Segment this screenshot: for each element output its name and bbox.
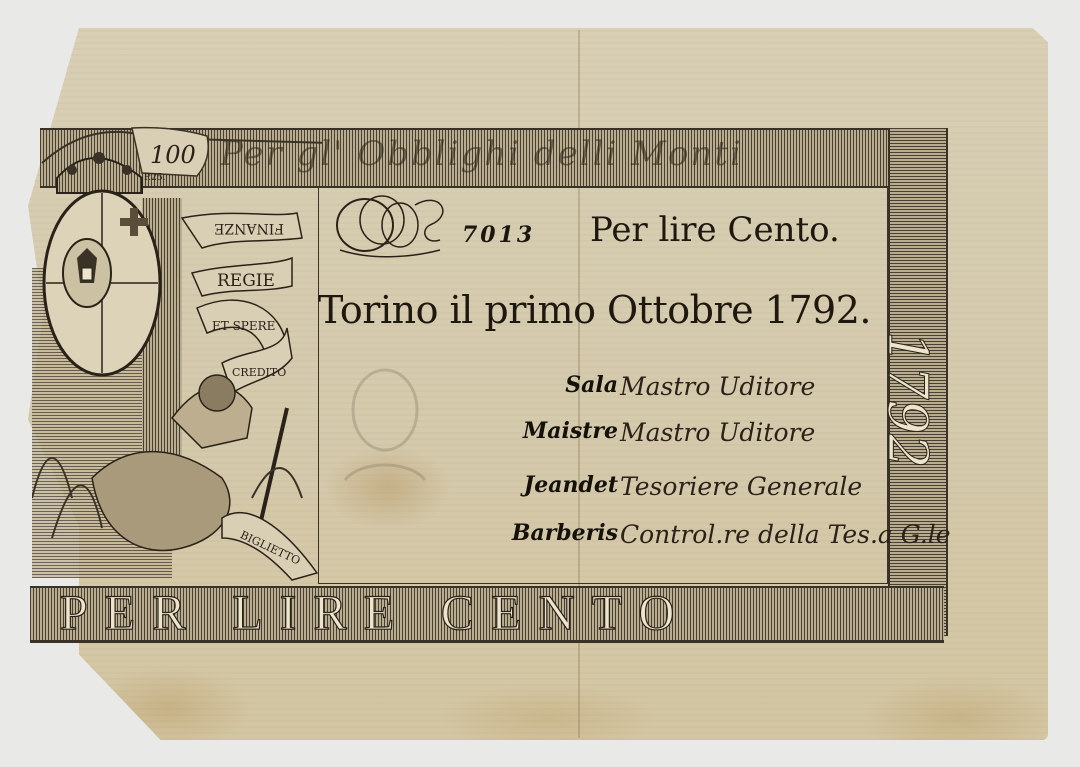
vertical-year: 1792 <box>893 250 939 550</box>
serial-number: 7013 <box>462 222 535 248</box>
signature-title: Control.re della Tes.a G.le <box>620 520 951 549</box>
signature-row: Barberis Control.re della Tes.a G.le <box>430 520 890 554</box>
signature-name: Maistre <box>523 418 618 444</box>
signature-row: Maistre Mastro Uditore <box>430 418 890 452</box>
place-date-line: Torino il primo Ottobre 1792. <box>318 288 871 332</box>
signature-row: Jeandet Tesoriere Generale <box>430 472 890 506</box>
signature-name: Jeandet <box>524 472 618 498</box>
svg-text:ET SPERE: ET SPERE <box>212 319 275 333</box>
issuer-band-text: Per gl' Obblighi delli Monti <box>220 134 920 178</box>
svg-text:REGIE: REGIE <box>217 271 275 291</box>
denomination-line: Per lire Cento. <box>590 210 840 250</box>
watermark-portrait <box>330 360 440 490</box>
svg-text:FINANZE: FINANZE <box>214 220 284 236</box>
crest-icon: 100 P.25. FINANZE REGIE ET SPERE CREDITO… <box>32 118 322 588</box>
calligraphic-flourish <box>330 190 455 260</box>
signature-name: Sala <box>565 372 618 398</box>
signature-name: Barberis <box>512 520 618 546</box>
signature-title: Tesoriere Generale <box>620 472 862 501</box>
signature-row: Sala Mastro Uditore <box>430 372 890 406</box>
signature-title: Mastro Uditore <box>620 372 815 401</box>
svg-text:CREDITO: CREDITO <box>232 366 286 379</box>
coat-of-arms-river-god-illustration: 100 P.25. FINANZE REGIE ET SPERE CREDITO… <box>32 118 322 588</box>
signature-title: Mastro Uditore <box>620 418 815 447</box>
svg-text:100: 100 <box>150 141 196 169</box>
svg-text:P.25.: P.25. <box>144 173 166 183</box>
bottom-band-text: PER LIRE CENTO <box>60 585 940 637</box>
